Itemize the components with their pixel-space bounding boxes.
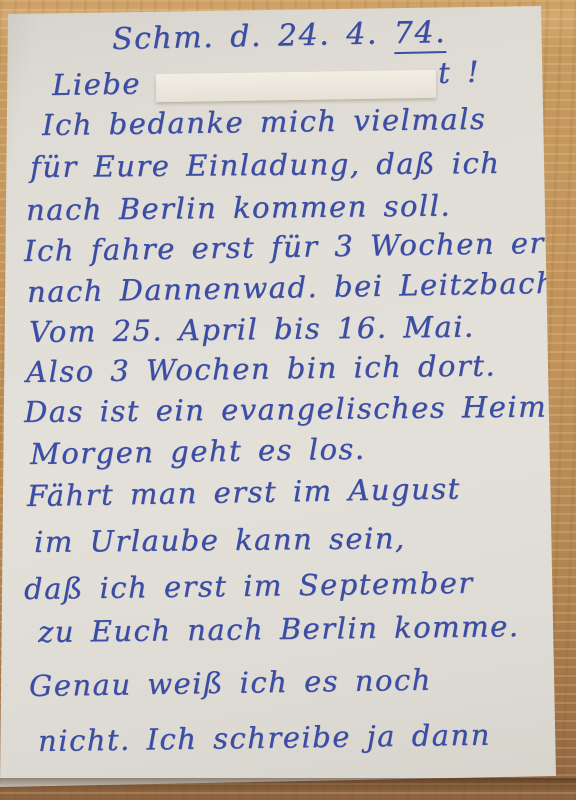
- handwriting-line: Fährt man erst im August: [27, 471, 461, 513]
- salutation: Liebe: [52, 66, 142, 102]
- handwriting-line: daß ich erst im September: [24, 566, 474, 606]
- handwriting-line: nicht. Ich schreibe ja dann: [38, 718, 491, 758]
- dateline-year-underlined: 74.: [393, 15, 446, 54]
- handwriting-line: Morgen geht es los.: [30, 432, 366, 471]
- handwriting-line: zu Euch nach Berlin komme.: [38, 609, 520, 649]
- letter-dateline: Schm. d. 24. 4. 74.: [112, 15, 447, 57]
- handwriting-line: Genau weiß ich es noch: [29, 663, 432, 703]
- handwriting-line: Ich fahre erst für 3 Wochen er-: [24, 226, 557, 268]
- handwriting-line: Ich bedanke mich vielmals: [42, 102, 487, 142]
- paper-bottom-shadow: [0, 778, 576, 792]
- handwriting-line: für Eure Einladung, daß ich: [30, 146, 501, 184]
- photo-of-handwritten-letter: Schm. d. 24. 4. 74. Liebe t ! Ich bedank…: [0, 0, 576, 800]
- letter-paper: Schm. d. 24. 4. 74. Liebe t ! Ich bedank…: [0, 0, 576, 800]
- redaction-tape: [156, 70, 436, 102]
- salutation-name-remnant: t !: [437, 55, 480, 90]
- handwriting-line: im Urlaube kann sein,: [34, 521, 406, 559]
- handwriting-line: Also 3 Wochen bin ich dort.: [26, 348, 497, 389]
- handwriting-line: Vom 25. April bis 16. Mai.: [29, 310, 475, 349]
- handwriting-line: nach Berlin kommen soll.: [26, 189, 451, 227]
- handwriting-line: nach Dannenwad. bei Leitzbach.: [27, 266, 567, 309]
- handwriting-line: Das ist ein evangelisches Heim.: [24, 389, 558, 429]
- dateline-text: Schm. d. 24. 4.: [112, 16, 379, 57]
